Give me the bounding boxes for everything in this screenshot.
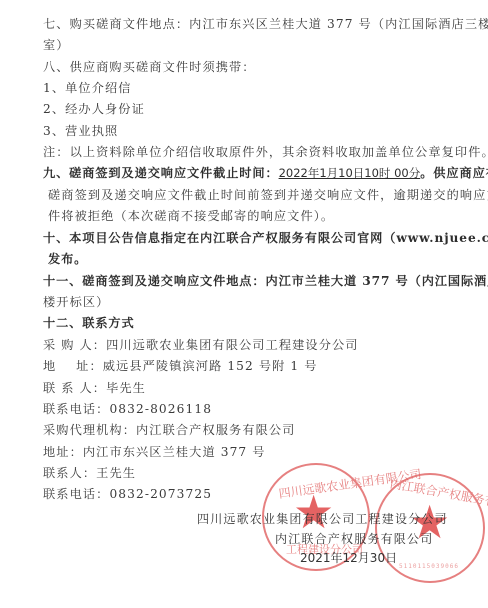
stamp-agency-serial: 5110115039066 bbox=[399, 563, 459, 570]
section-11-line2: 楼开标区） bbox=[43, 294, 109, 310]
agency-address-value: 内江市东兴区兰桂大道 377 号 bbox=[83, 445, 266, 459]
item-2: 2、经办人身份证 bbox=[43, 101, 145, 117]
section-9-line2: 磋商签到及递交响应文件截止时间前签到并递交响应文件，逾期递交的响应文 bbox=[48, 187, 488, 203]
section-12-heading: 十二、联系方式 bbox=[43, 315, 135, 331]
section-9-tail: 。供应商应在 bbox=[420, 166, 488, 180]
phone-label: 联系电话： bbox=[43, 402, 109, 416]
signature-org-agency: 内江联合产权服务有限公司 bbox=[275, 530, 433, 547]
agency-row: 采购代理机构：内江联合产权服务有限公司 bbox=[43, 422, 295, 438]
section-10-line1: 十、本项目公告信息指定在内江联合产权服务有限公司官网（www.njuee.com… bbox=[43, 230, 488, 246]
agency-address-row: 地址：内江市东兴区兰桂大道 377 号 bbox=[43, 444, 266, 460]
section-7-line2: 室） bbox=[43, 37, 70, 53]
section-9-line1: 九、磋商签到及递交响应文件截止时间：2022年1月10日10时 00分。供应商应… bbox=[43, 165, 488, 181]
agency-phone-value: 0832-2073725 bbox=[109, 487, 212, 501]
purchaser-row: 采 购 人：四川远歌农业集团有限公司工程建设分公司 bbox=[43, 337, 359, 353]
purchaser-label: 采 购 人： bbox=[43, 338, 106, 352]
address-value: 威远县严陵镇滨河路 152 号附 1 号 bbox=[103, 359, 318, 373]
phone-value: 0832-8026118 bbox=[109, 402, 212, 416]
purchaser-contact-row: 联 系 人：毕先生 bbox=[43, 380, 146, 396]
section-11-line1: 十一、磋商签到及递交响应文件地点：内江市兰桂大道 377 号（内江国际酒店三 bbox=[43, 273, 488, 289]
section-10-line2: 发布。 bbox=[48, 251, 87, 267]
agency-label: 采购代理机构： bbox=[43, 423, 136, 437]
contact-value: 毕先生 bbox=[106, 381, 146, 395]
purchaser-value: 四川远歌农业集团有限公司工程建设分公司 bbox=[106, 338, 358, 352]
agency-value: 内江联合产权服务有限公司 bbox=[136, 423, 295, 437]
section-7-line1: 七、购买磋商文件地点：内江市东兴区兰桂大道 377 号（内江国际酒店三楼 331 bbox=[43, 16, 488, 32]
deadline-date: 2022年1月10日10时 00分 bbox=[279, 166, 421, 180]
address-label: 地 址： bbox=[43, 359, 103, 373]
section-9-label: 九、磋商签到及递交响应文件截止时间： bbox=[43, 166, 279, 180]
agency-contact-label: 联系人： bbox=[43, 466, 96, 480]
signature-date: 2021年12月30日 bbox=[300, 549, 397, 566]
item-3: 3、营业执照 bbox=[43, 123, 118, 139]
signature-org-purchaser: 四川远歌农业集团有限公司工程建设分公司 bbox=[197, 510, 448, 527]
agency-address-label: 地址： bbox=[43, 445, 83, 459]
note-line: 注：以上资料除单位介绍信收取原件外，其余资料收取加盖单位公章复印件。 bbox=[43, 144, 488, 160]
purchaser-phone-row: 联系电话：0832-8026118 bbox=[43, 401, 212, 417]
document-page: 七、购买磋商文件地点：内江市东兴区兰桂大道 377 号（内江国际酒店三楼 331… bbox=[0, 0, 488, 608]
agency-contact-value: 王先生 bbox=[96, 466, 136, 480]
agency-phone-label: 联系电话： bbox=[43, 487, 109, 501]
purchaser-address-row: 地 址：威远县严陵镇滨河路 152 号附 1 号 bbox=[43, 358, 318, 374]
section-9-line3: 件将被拒绝（本次磋商不接受邮寄的响应文件）。 bbox=[48, 208, 334, 224]
section-8-heading: 八、供应商购买磋商文件时须携带： bbox=[43, 59, 256, 75]
agency-contact-row: 联系人：王先生 bbox=[43, 465, 136, 481]
contact-label: 联 系 人： bbox=[43, 381, 106, 395]
item-1: 1、单位介绍信 bbox=[43, 80, 132, 96]
stamp-agency: 内江联合产权服务有限公司 ★ 5110115039066 bbox=[375, 473, 485, 583]
agency-phone-row: 联系电话：0832-2073725 bbox=[43, 486, 212, 502]
